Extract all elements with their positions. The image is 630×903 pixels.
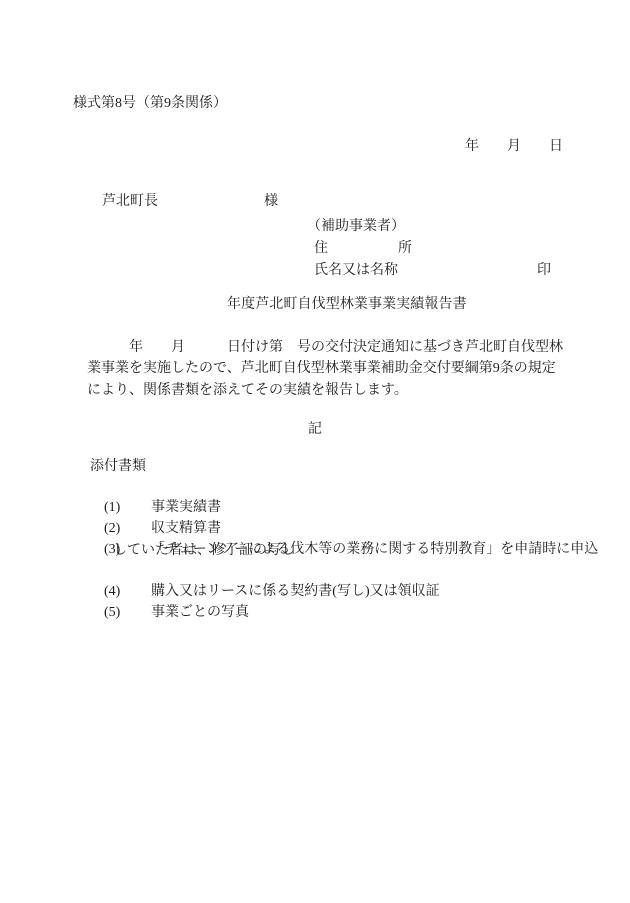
document-page: 様式第8号（第9条関係） 年 月 日 芦北町長様 （補助事業者） 住 所 氏名又…: [0, 0, 630, 903]
document-title: 年度芦北町自伐型林業事業実績報告書: [227, 295, 467, 315]
body-line-2: 業事業を実施したので、芦北町自伐型林業事業補助金交付要綱第9条の規定: [87, 359, 556, 379]
name-label: 氏名又は名称: [314, 261, 398, 281]
form-number: 様式第8号（第9条関係）: [73, 94, 227, 114]
addressee-line: 芦北町長様: [88, 172, 278, 232]
address-label: 住 所: [314, 239, 412, 259]
addressee-name: 芦北町長: [102, 194, 158, 209]
applicant-label: （補助事業者）: [307, 217, 405, 237]
addressee-honorific: 様: [264, 194, 278, 209]
attachment-item-3-continuation: していた者は、修了証の写し: [113, 541, 295, 561]
body-line-3: により、関係書類を添えてその実績を報告します。: [87, 381, 408, 401]
record-marker: 記: [308, 420, 322, 440]
date-line: 年 月 日: [465, 137, 563, 157]
attachment-item-5: (5)事業ごとの写真: [90, 583, 249, 643]
body-line-1: 年 月 日付け第 号の交付決定通知に基づき芦北町自伐型林: [87, 338, 563, 358]
attachment-item-5-number: (5): [104, 603, 151, 623]
attachments-heading: 添付書類: [90, 457, 146, 477]
seal-mark: 印: [537, 261, 551, 281]
attachment-item-5-text: 事業ごとの写真: [151, 605, 249, 620]
